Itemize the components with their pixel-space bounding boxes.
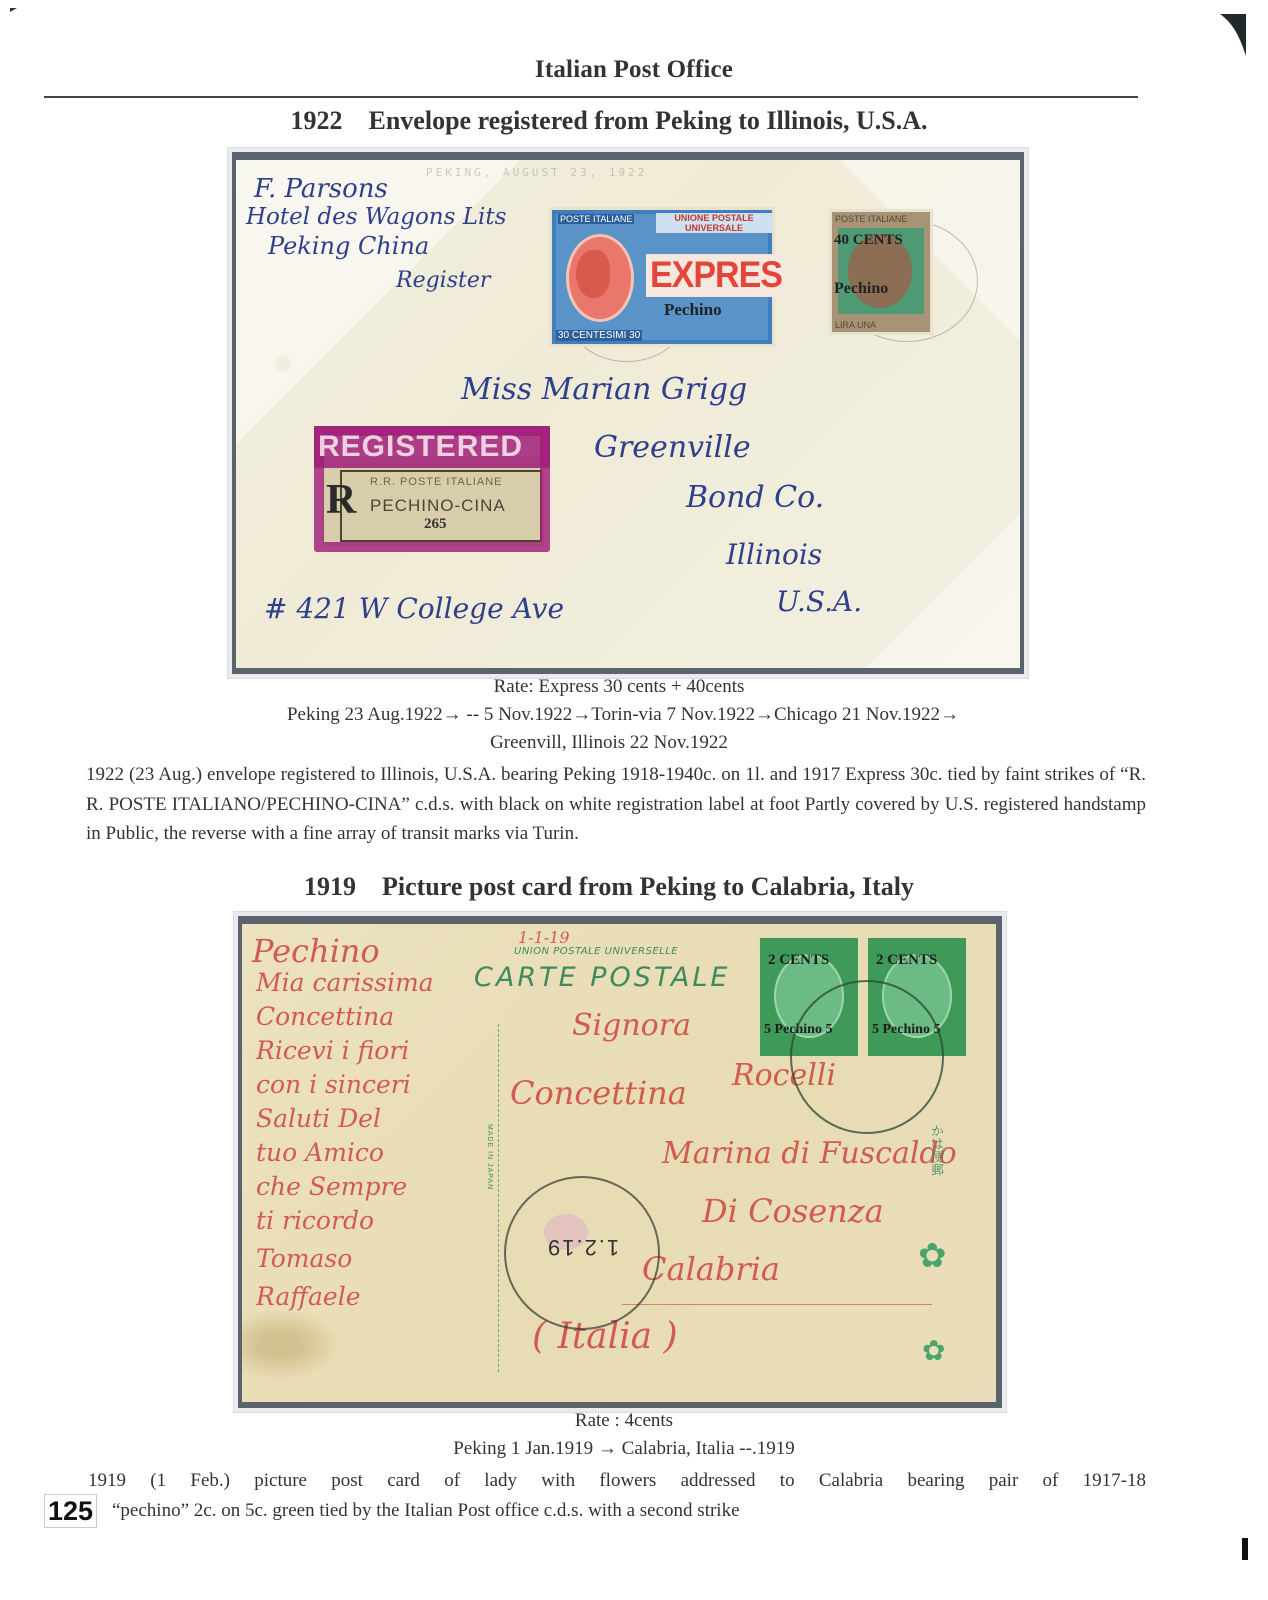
page-curl-corner <box>1218 8 1248 58</box>
envelope-image: PEKING, AUGUST 23, 1922 F. Parsons Hotel… <box>228 148 1028 678</box>
message-line: Saluti Del <box>256 1104 381 1133</box>
description-line: “pechino” 2c. on 5c. green tied by the I… <box>86 1496 1146 1526</box>
lira-surcharge-stamp: POSTE ITALIANE 40 CENTS Pechino LIRA UNA <box>832 212 930 332</box>
made-in-text: MADE IN JAPAN <box>486 1124 493 1190</box>
envelope-paper: PEKING, AUGUST 23, 1922 F. Parsons Hotel… <box>236 160 1020 668</box>
postcard-paper: UNION POSTALE UNIVERSELLE CARTE POSTALE … <box>242 924 996 1402</box>
address-line: Marina di Fuscaldo <box>662 1136 957 1171</box>
postmark-date: 1.2.19 <box>546 1234 619 1260</box>
page-header: Italian Post Office <box>0 56 1268 84</box>
address-line: Concettina <box>510 1074 687 1112</box>
address-line: Di Cosenza <box>702 1192 884 1230</box>
address-line: Greenville <box>594 430 751 465</box>
message-line: Mia carissima <box>256 968 434 997</box>
rate-caption: Rate: Express 30 cents + 40cents <box>0 676 1268 698</box>
express-stamp: POSTE ITALIANE UNIONE POSTALE UNIVERSALE… <box>552 210 772 344</box>
section-title-text: Envelope registered from Peking to Illin… <box>369 106 928 135</box>
route-caption: Peking 23 Aug.1922→ -- 5 Nov.1922→Torin-… <box>0 704 1268 726</box>
message-line: Raffaele <box>256 1282 361 1311</box>
postmark-circle <box>790 980 944 1134</box>
flower-icon: ✿ <box>922 1334 945 1367</box>
address-line: Signora <box>572 1008 691 1043</box>
message-line: che Sempre <box>256 1172 407 1201</box>
scan-edge-mark <box>1242 1538 1248 1560</box>
section-year: 1922 <box>291 106 343 135</box>
sender-line: Peking China <box>268 232 429 260</box>
description-line: 1919 (1 Feb.) picture post card of lady … <box>86 1466 1146 1496</box>
rate-caption: Rate : 4cents <box>0 1410 1268 1432</box>
upu-text: UNION POSTALE UNIVERSELLE <box>514 946 678 957</box>
registered-handstamp-text: REGISTERED <box>318 430 523 464</box>
stamp-overprint: Pechino <box>664 300 722 320</box>
stamp-word: EXPRES <box>646 254 786 297</box>
stamp-surcharge: 2 CENTS <box>876 952 937 969</box>
message-line: Concettina <box>256 1002 394 1031</box>
address-underline <box>622 1304 932 1305</box>
sender-line: F. Parsons <box>254 174 388 204</box>
route-caption-end: Greenvill, Illinois 22 Nov.1922 <box>0 732 1268 754</box>
flower-icon: ✿ <box>918 1236 947 1276</box>
description: 1919 (1 Feb.) picture post card of lady … <box>86 1466 1146 1525</box>
description: 1922 (23 Aug.) envelope registered to Il… <box>86 760 1146 849</box>
postcard-image: UNION POSTALE UNIVERSELLE CARTE POSTALE … <box>234 912 1006 1412</box>
message-line: Ricevi i fiori <box>256 1036 409 1065</box>
section-year: 1919 <box>304 872 356 901</box>
message-line: Pechino <box>252 932 380 970</box>
message-line: tuo Amico <box>256 1138 384 1167</box>
address-line: Miss Marian Grigg <box>461 372 747 407</box>
scan-corner-mark <box>10 8 17 12</box>
message-line: ti ricordo <box>256 1206 374 1235</box>
carte-postale-title: CARTE POSTALE <box>474 962 730 993</box>
sender-line: Hotel des Wagons Lits <box>246 204 506 230</box>
section-title-1919: 1919Picture post card from Peking to Cal… <box>0 872 1268 902</box>
sender-line: Register <box>396 268 490 293</box>
registration-label: R R.R. POSTE ITALIANE PECHINO-CINA 265 R… <box>314 426 550 556</box>
card-divider <box>498 1024 499 1372</box>
stamp-surcharge: 2 CENTS <box>768 952 829 969</box>
stamp-overprint: Pechino <box>834 280 888 298</box>
section-title-1922: 1922Envelope registered from Peking to I… <box>0 106 1268 136</box>
stamp-surcharge: 40 CENTS <box>834 232 903 249</box>
japanese-text: かは便郵 <box>926 1124 945 1176</box>
stamp-value: 30 CENTESIMI 30 <box>556 330 642 341</box>
route-caption: Peking 1 Jan.1919 → Calabria, Italia --.… <box>0 1438 1268 1460</box>
header-rule <box>44 96 1138 98</box>
arrival-postmark: 1.2.19 <box>504 1176 660 1330</box>
message-line: Tomaso <box>256 1244 352 1273</box>
page-number: 125 <box>44 1494 97 1528</box>
message-line: con i sinceri <box>256 1070 411 1099</box>
address-line: Calabria <box>642 1250 780 1288</box>
handwritten-date: 1-1-19 <box>518 928 570 947</box>
faint-date-strip: PEKING, AUGUST 23, 1922 <box>426 166 647 179</box>
section-title-text: Picture post card from Peking to Calabri… <box>382 872 914 901</box>
